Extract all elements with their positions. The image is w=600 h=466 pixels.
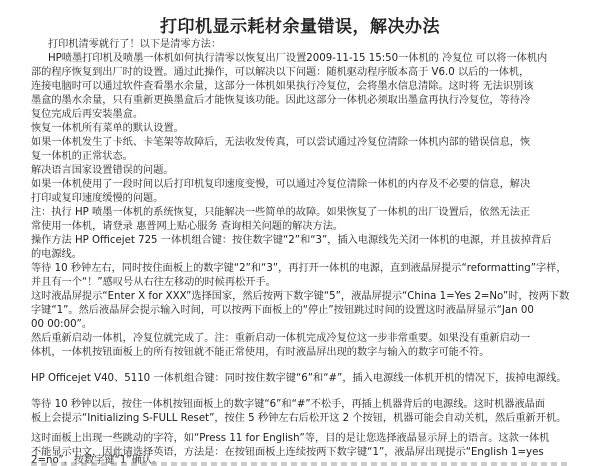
paragraph-line: 字键“1”。然后液晶屏会提示输入时间，可以按两下面板上的“停止”按钮跳过时间的设… xyxy=(31,304,534,317)
paragraph-line: 部的程序恢复到出厂时的设置。通过此操作，可以解决以下问题：随机驱动程序版本高于 … xyxy=(31,66,529,79)
paragraph-line: 板上会提示“Initializing S-FULL Reset”，按住 5 秒钟… xyxy=(31,412,566,425)
paragraph-line: HP喷墨打印机及喷墨一体机如何执行清零以恢复出厂设置2009-11-15 15:… xyxy=(48,52,547,65)
document-title: 打印机显示耗材余量错误，解决办法 xyxy=(0,12,600,37)
paragraph-line: 复位完成后再安装墨盒。 xyxy=(31,108,143,121)
paragraph-line: 00 00:00”。 xyxy=(31,318,92,331)
paragraph-line: 如果一体机发生了卡纸、卡笔架等故障后，无法收发传真，可以尝试通过冷复位清除一体机… xyxy=(31,136,530,149)
paragraph-line: 的电源线。 xyxy=(31,248,82,261)
cut-off-text-line xyxy=(31,462,571,466)
paragraph-line: 这时面板上出现一些跳动的字符，如“Press 11 for English”等，… xyxy=(31,432,549,445)
paragraph-line: 墨盒的墨水余量，只有重新更换墨盒后才能恢复该功能。因此这部分一体机必须取出墨盒再… xyxy=(31,94,530,107)
paragraph-line: 恢复一体机所有菜单的默认设置。 xyxy=(31,122,184,135)
section-line: HP Officejet V40、5110 一体机组合键：同时按住数字键“6”和… xyxy=(31,372,566,385)
paragraph-line: 体机，一体机按钮面板上的所有按钮就不能正常使用，有时液晶屏出现的数字与输入的数字… xyxy=(31,346,489,359)
paragraph-line: 这时液晶屏提示“Enter X for XXX”选择国家，然后按两下数字键“5”… xyxy=(31,290,569,303)
paragraph-line: 并且有一个“！”感叹号从右往左移动的时候再松开手。 xyxy=(31,276,276,289)
note-line: 常使用一体机，请登录 惠普网上贴心服务 查询相关问题的解决方法。 xyxy=(31,220,343,233)
intro-line: 打印机清零就行了！以下是清零方法： xyxy=(48,38,221,51)
paragraph-line: 等待 10 秒钟左右，同时按住面板上的数字键“2”和“3”，再打开一体机的电源，… xyxy=(31,262,567,275)
note-line: 注：执行 HP 喷墨一体机的系统恢复，只能解决一些简单的故障。如果恢复了一体机的… xyxy=(31,206,530,219)
paragraph-line: 连接电脑时可以通过软件查看墨水余量，这部分一体机如果执行冷复位，会将墨水信息清除… xyxy=(31,80,533,93)
paragraph-line: 解决语言国家设置错误的问题。 xyxy=(31,164,174,177)
paragraph-line: 如果一体机使用了一段时间以后打印机复印速度变慢，可以通过冷复位清除一体机的内存及… xyxy=(31,178,530,191)
paragraph-line: 复一体机的正常状态。 xyxy=(31,150,133,163)
paragraph-line: 打印或复印速度缓慢的问题。 xyxy=(31,192,163,205)
paragraph-line: 操作方法 HP Officejet 725 一体机组合键：按住数字键“2”和“3… xyxy=(31,234,551,247)
paragraph-line: 等待 10 秒钟以后，按住一体机按钮面板上的数字键“6”和“#”不松手，再插上机… xyxy=(31,398,545,411)
document-page: 打印机显示耗材余量错误，解决办法 打印机清零就行了！以下是清零方法： HP喷墨打… xyxy=(0,0,600,466)
paragraph-line: 然后重新启动一体机，冷复位就完成了。注：重新启动一体机完成冷复位这一步非常重要。… xyxy=(31,332,530,345)
